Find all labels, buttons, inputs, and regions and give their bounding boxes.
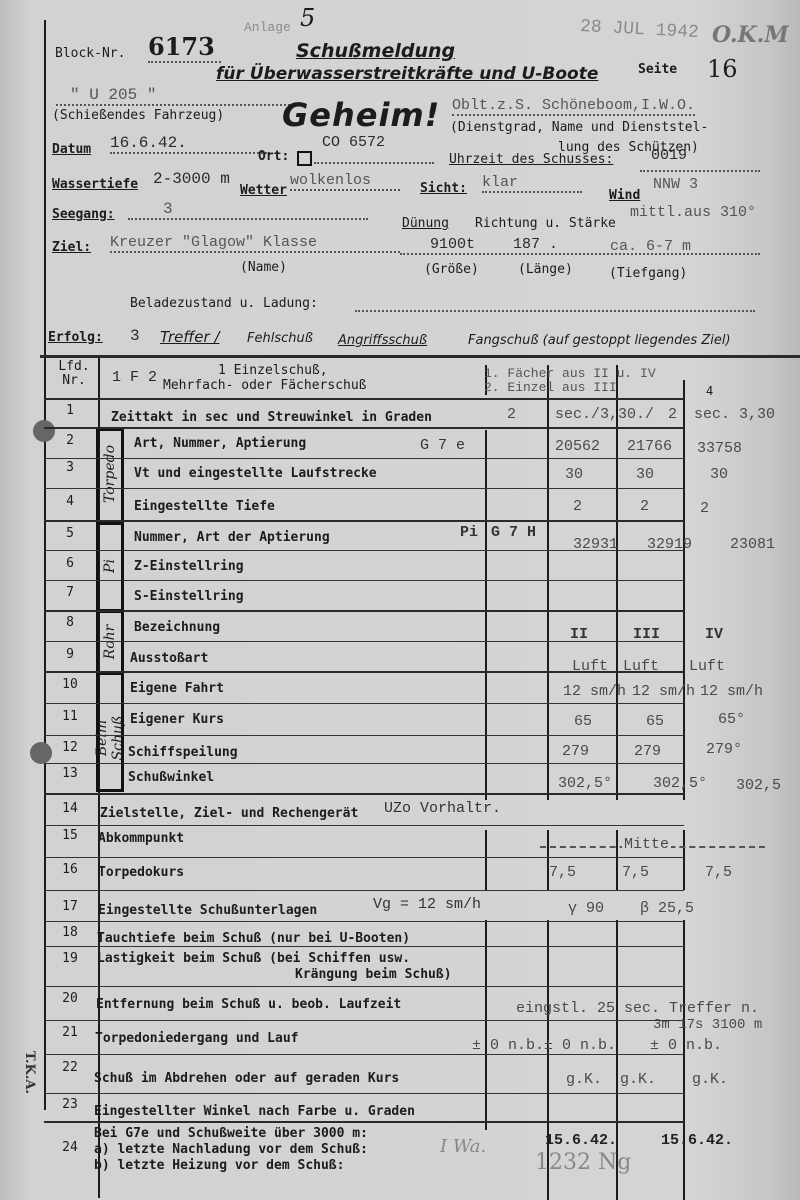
anlage-value: 5 [300, 4, 315, 32]
row-3-label: Vt und eingestellte Laufstrecke [134, 466, 377, 481]
col-divider-3b [616, 830, 618, 890]
row-14-nr: 14 [40, 801, 100, 816]
wind-value: NNW 3 [653, 176, 698, 193]
success-option-hit: Treffer / [160, 328, 219, 346]
row-22-col-3: g.K. [620, 1071, 656, 1088]
row-rule [44, 1054, 684, 1055]
row-rule [44, 610, 684, 612]
col-divider-4b [683, 830, 685, 890]
table-top-rule [40, 355, 800, 358]
success-value: 3 [130, 327, 140, 345]
visibility-label: Sicht: [420, 181, 467, 196]
load-field[interactable] [355, 308, 755, 312]
row-5-col-4: 23081 [730, 536, 775, 553]
row-rule [44, 857, 684, 858]
row-17-nr: 17 [40, 899, 100, 914]
row-24-label2: a) letzte Nachladung vor dem Schuß: [94, 1142, 368, 1157]
row-3-col-2: 30 [565, 466, 583, 483]
row-rule [44, 1020, 684, 1021]
caption-draft: (Tiefgang) [609, 266, 687, 281]
row-5-col-2: 32931 [573, 536, 618, 553]
row-11-col-4: 65° [718, 711, 745, 728]
document-page: T.K.A. Anlage 5 28 JUL 1942 O.K.M Block-… [0, 0, 800, 1200]
row-10-nr: 10 [40, 677, 100, 692]
row-2-col-2: 20562 [555, 438, 600, 455]
row-22-nr: 22 [40, 1060, 100, 1075]
row-10-label: Eigene Fahrt [130, 681, 224, 696]
row-17-gamma: γ 90 [568, 900, 604, 917]
group-torpedo-label: Torpedo [102, 442, 118, 506]
row-2-nr: 2 [40, 433, 100, 448]
row-22-col-2: g.K. [566, 1071, 602, 1088]
row-rule [44, 580, 684, 581]
caption-name: (Name) [240, 260, 287, 275]
weather-label: Wetter [240, 183, 287, 198]
caption-size: (Größe) [424, 262, 479, 277]
block-label: Block-Nr. [55, 46, 125, 61]
row-6-nr: 6 [40, 556, 100, 571]
row-7-nr: 7 [40, 585, 100, 600]
vessel-value: " U 205 " [56, 86, 290, 106]
form-subtitle: für Überwasserstreitkräfte und U-Boote [216, 64, 598, 84]
row-9-label: Ausstoßart [130, 651, 208, 666]
row-13-label: Schußwinkel [128, 770, 214, 785]
row-21-col-2: ± 0 n.b. [544, 1037, 616, 1054]
row-16-col-2: 7,5 [549, 864, 576, 881]
row-21-col-1: ± 0 n.b. [472, 1037, 544, 1054]
row-4-nr: 4 [40, 494, 100, 509]
row-13-col-2: 302,5° [558, 775, 612, 792]
row-1-label: Zeittakt in sec und Streuwinkel in Grade… [111, 410, 432, 425]
row-2-col-3: 21766 [627, 438, 672, 455]
row-3-nr: 3 [40, 460, 100, 475]
row-22-label: Schuß im Abdrehen oder auf geraden Kurs [94, 1071, 399, 1086]
row-9-col-3: Luft [623, 658, 659, 675]
row-8-col-4: IV [705, 626, 723, 643]
row-6-label: Z-Einstellring [134, 559, 244, 574]
row-19-nr: 19 [40, 951, 100, 966]
row-rule [44, 520, 684, 522]
row-4-col-2: 2 [573, 498, 582, 515]
row-10-col-4: 12 sm/h [700, 683, 763, 700]
row-11-nr: 11 [40, 709, 100, 724]
group-pi-label: Pi [102, 534, 118, 598]
row-2-col-4: 33758 [697, 440, 742, 457]
row-20-nr: 20 [40, 991, 100, 1006]
row-21-nr: 21 [40, 1025, 100, 1040]
row-8-col-3: III [633, 626, 660, 643]
row-rule [44, 427, 684, 429]
row-16-nr: 16 [40, 862, 100, 877]
row-1-col-3: 2 [668, 406, 677, 423]
row-20-value: eingstl. 25 sec. Treffer n. [516, 1000, 759, 1017]
location-checkbox[interactable] [297, 151, 312, 166]
row-rule [44, 825, 684, 826]
received-stamp-date: 28 JUL 1942 [580, 17, 700, 43]
row-23-label: Eingestellter Winkel nach Farbe u. Grade… [94, 1104, 415, 1119]
row-9-col-4: Luft [689, 658, 725, 675]
page-number: 16 [707, 55, 738, 83]
caption-length: (Länge) [518, 262, 573, 277]
date-label: Datum [52, 142, 91, 157]
row-rule [44, 1121, 684, 1123]
row-24-label3: b) letzte Heizung vor dem Schuß: [94, 1158, 344, 1173]
vessel-caption: (Schießendes Fahrzeug) [52, 108, 224, 123]
row-22-col-4: g.K. [692, 1071, 728, 1088]
row-8-label: Bezeichnung [134, 620, 220, 635]
row-rule [44, 458, 684, 459]
col-divider-1 [485, 430, 487, 800]
success-option-attack: Angriffsschuß [338, 333, 427, 348]
visibility-value: klar [482, 174, 582, 193]
block-number: 6173 [148, 32, 221, 63]
row-1-nr: 1 [40, 403, 100, 418]
success-option-stopped-target: Fangschuß (auf gestoppt liegendes Ziel) [468, 333, 731, 348]
row-24-col-2: 15.6.42. [545, 1132, 617, 1149]
success-option-miss: Fehlschuß [247, 331, 313, 346]
row-2-label: Art, Nummer, Aptierung [134, 436, 306, 451]
row-12-nr: 12 [40, 740, 100, 755]
row-15-nr: 15 [40, 828, 100, 843]
row-rule [44, 921, 684, 922]
row-5-col-3: 32919 [647, 536, 692, 553]
row-24-nr: 24 [40, 1140, 100, 1155]
row-4-col-3: 2 [640, 498, 649, 515]
row-rule [44, 946, 684, 947]
swell-value: mittl.aus 310° [630, 204, 756, 221]
col-header-nr: Lfd. Nr. [52, 360, 96, 388]
target-size: 9100t [400, 236, 760, 255]
mode-line1: 1 Einzelschuß, [218, 363, 328, 378]
depth-label: Wassertiefe [52, 177, 138, 192]
shooter-caption-1: (Dienstgrad, Name und Dienststel- [450, 120, 708, 135]
row-5-note: Pi [460, 524, 478, 541]
row-16-label: Torpedokurs [98, 865, 184, 880]
row-24-handwritten-note: I Wa. [440, 1136, 486, 1157]
mode-value: 1 F 2 [112, 369, 157, 386]
fan-line1: 1. Fächer aus II u. IV [484, 366, 656, 381]
row-13-col-4: 302,5 [736, 777, 781, 794]
row-11-col-2: 65 [574, 713, 592, 730]
row-10-col-2: 12 sm/h [563, 683, 626, 700]
row-19-label: Lastigkeit beim Schuß (bei Schiffen usw. [97, 951, 410, 966]
row-18-label: Tauchtiefe beim Schuß (nur bei U-Booten) [97, 931, 410, 946]
target-name: Kreuzer "Glagow" Klasse [110, 234, 400, 253]
row-1-col-4: sec. 3,30 [694, 406, 775, 423]
row-rule [44, 488, 684, 489]
sea-value: 3 [128, 200, 368, 220]
row-13-col-3: 302,5° [653, 775, 707, 792]
row-17-note: Vg = 12 sm/h [373, 896, 481, 913]
row-12-col-3: 279 [634, 743, 661, 760]
col-divider-1c [485, 920, 487, 1130]
classification-stamp: Geheim! [282, 96, 440, 134]
row-12-col-2: 279 [562, 743, 589, 760]
row-24-label: Bei G7e und Schußweite über 3000 m: [94, 1126, 368, 1141]
page-label: Seite [638, 62, 677, 77]
row-14-note: UZo Vorhaltr. [384, 800, 501, 817]
time-label: Uhrzeit des Schusses: [449, 152, 613, 167]
shooter-value: Oblt.z.S. Schöneboom,I.W.O. [452, 97, 695, 116]
target-label: Ziel: [52, 240, 91, 255]
row-15-value: Mitte [622, 836, 671, 853]
col-divider-4 [683, 380, 685, 800]
time-value: 0019 [651, 147, 687, 164]
row-2-note: G 7 e [420, 437, 465, 454]
row-24-handwritten-value: 1232 Ng [535, 1150, 631, 1175]
row-8-nr: 8 [40, 615, 100, 630]
depth-value: 2-3000 m [153, 170, 230, 188]
row-14-label: Zielstelle, Ziel- und Rechengerät [100, 806, 358, 821]
col-divider-1b [485, 830, 487, 890]
target-draft: ca. 6-7 m [610, 238, 691, 255]
row-12-label: Schiffspeilung [128, 745, 238, 760]
received-stamp-org: O.K.M [712, 22, 789, 48]
row-16-col-4: 7,5 [705, 864, 732, 881]
form-title: Schußmeldung [296, 40, 455, 62]
row-12-col-4: 279° [706, 741, 742, 758]
row-5-label: Nummer, Art der Aptierung [134, 530, 330, 545]
row-rule [44, 890, 684, 891]
row-9-nr: 9 [40, 647, 100, 662]
weather-value: wolkenlos [290, 172, 400, 191]
sea-label: Seegang: [52, 207, 115, 222]
wind-label: Wind [609, 188, 640, 203]
row-3-col-4: 30 [710, 466, 728, 483]
row-21-col-3: ± 0 n.b. [650, 1037, 722, 1054]
row-7-label: S-Einstellring [134, 589, 244, 604]
row-10-col-3: 12 sm/h [632, 683, 695, 700]
row-17-beta: β 25,5 [640, 900, 694, 917]
anlage-label: Anlage [244, 20, 291, 35]
target-length: 187 . [513, 236, 558, 253]
col-header-4: 4 [706, 384, 713, 398]
row-11-label: Eigener Kurs [130, 712, 224, 727]
row-5-nr: 5 [40, 526, 100, 541]
row-19-label2: Krängung beim Schuß) [295, 967, 452, 982]
location-field[interactable] [314, 160, 434, 164]
row-rule [44, 793, 684, 795]
row-20-value-2: 3m 17s 3100 m [653, 1017, 762, 1033]
row-21-label: Torpedoniedergang und Lauf [95, 1031, 299, 1046]
row-23-nr: 23 [40, 1097, 100, 1112]
margin-note: T.K.A. [22, 1051, 37, 1094]
row-rule [44, 763, 684, 764]
col-divider-2b [547, 830, 549, 890]
row-rule [44, 735, 684, 736]
row-4-col-4: 2 [700, 500, 709, 517]
row-1-col-1: 2 [507, 406, 516, 423]
row-5-col-1: G 7 H [491, 524, 536, 541]
row-rule [44, 986, 684, 987]
row-8-col-2: II [570, 626, 588, 643]
time-field-dots [640, 168, 760, 172]
success-label: Erfolg: [48, 330, 103, 345]
swell-label: Dünung [402, 216, 449, 231]
row-4-label: Eingestellte Tiefe [134, 499, 275, 514]
mode-line2: Mehrfach- oder Fächerschuß [163, 378, 367, 393]
row-rule [44, 703, 684, 704]
row-17-label: Eingestellte Schußunterlagen [98, 903, 317, 918]
col-divider-4c [683, 920, 685, 1200]
group-rohr-label: Rohr [102, 610, 118, 674]
row-9-col-2: Luft [572, 658, 608, 675]
row-11-col-3: 65 [646, 713, 664, 730]
load-label: Beladezustand u. Ladung: [130, 296, 318, 311]
row-16-col-3: 7,5 [622, 864, 649, 881]
swell-caption: Richtung u. Stärke [475, 216, 616, 231]
location-label: Ort: [258, 149, 289, 164]
row-15-label: Abkommpunkt [98, 831, 184, 846]
fan-line2: 2. Einzel aus III [484, 380, 617, 395]
row-rule [44, 1093, 684, 1094]
classification-code: CO 6572 [322, 134, 385, 151]
header-bottom-rule [44, 398, 684, 400]
row-20-label: Entfernung beim Schuß u. beob. Laufzeit [96, 997, 401, 1012]
row-13-nr: 13 [40, 766, 100, 781]
row-3-col-3: 30 [636, 466, 654, 483]
date-value: 16.6.42. [110, 134, 270, 154]
row-18-nr: 18 [40, 925, 100, 940]
row-24-col-4: 15.6.42. [661, 1132, 733, 1149]
row-1-col-2: sec./3,30./ [555, 406, 654, 423]
